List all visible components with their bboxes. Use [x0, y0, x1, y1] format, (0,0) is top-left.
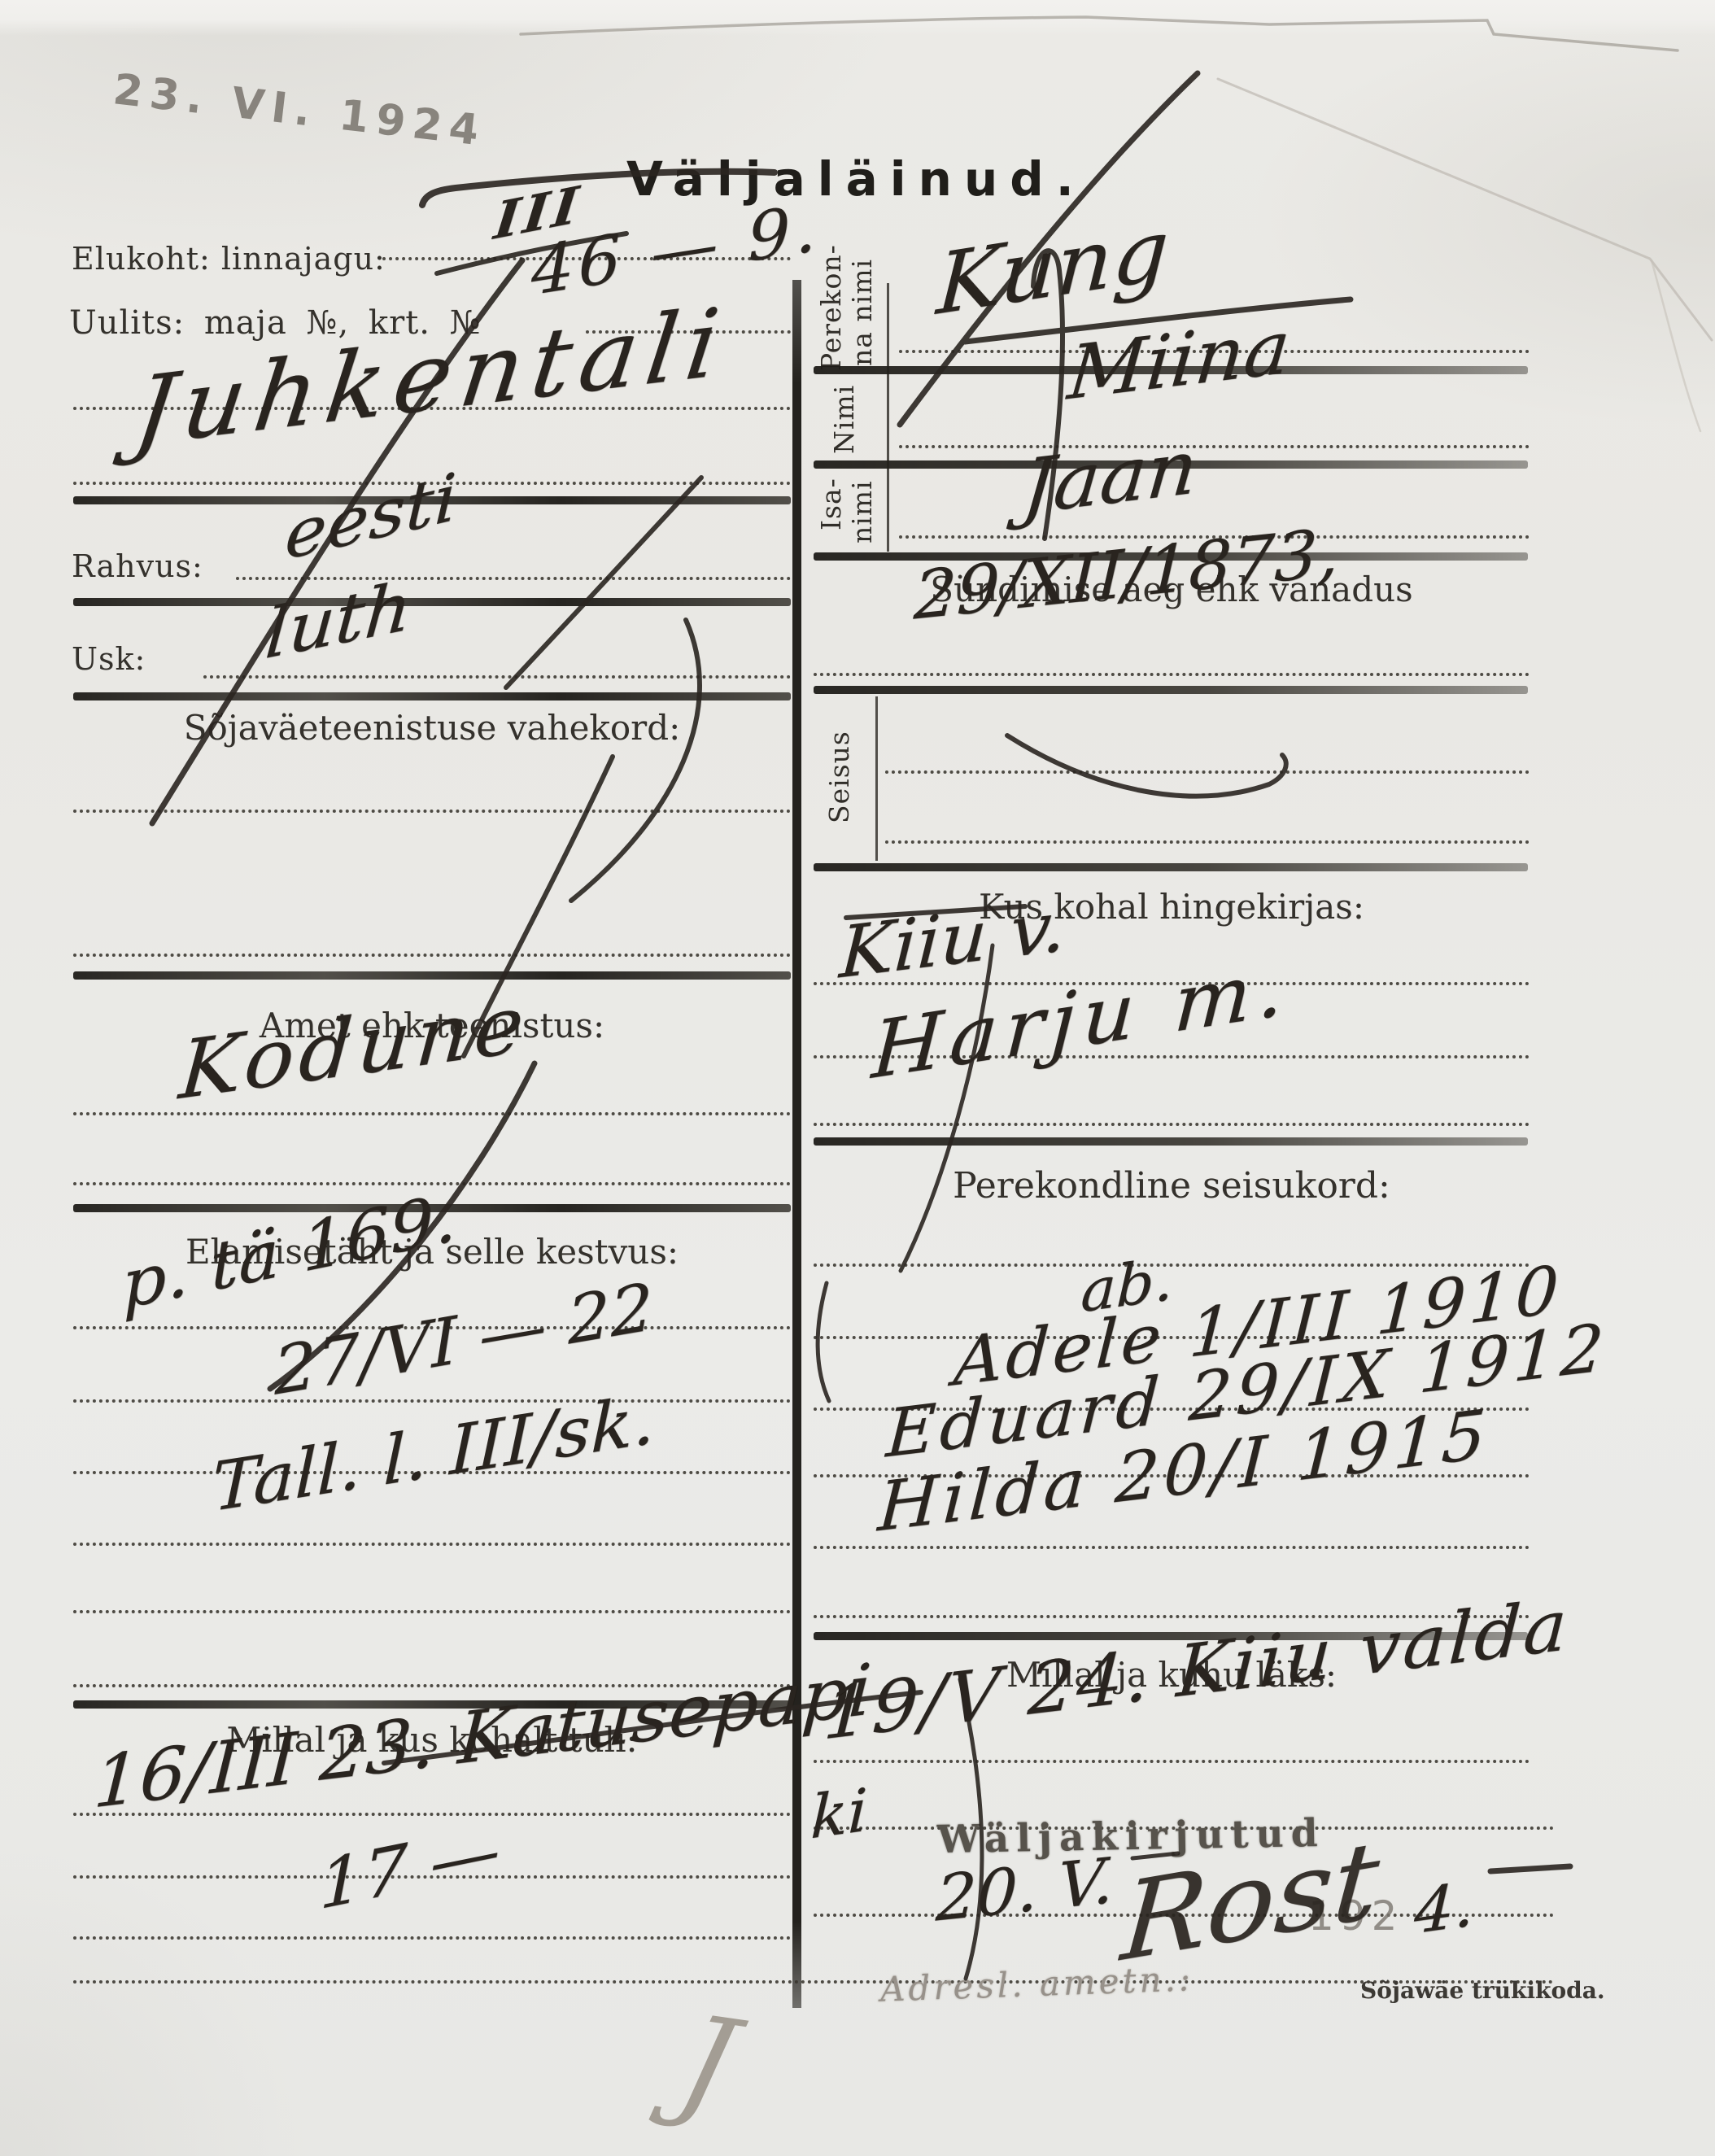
- rule-thick: [73, 971, 791, 980]
- isanimi-value-handwriting: Jaan: [1019, 423, 1201, 532]
- rahvus-label: Rahvus:: [72, 548, 203, 584]
- rule-thick: [73, 598, 791, 606]
- isanimi-label-line1: Isa-: [815, 478, 847, 530]
- usk-label: Usk:: [72, 641, 146, 677]
- rule-dotted: [73, 1936, 791, 1940]
- center-divider: [792, 280, 801, 2008]
- nimi-value-handwriting: Miina: [1064, 303, 1294, 417]
- valjakirjutatud-date-hand2: 4.: [1413, 1868, 1476, 1948]
- rule-thick: [814, 686, 1528, 694]
- page-title: Väljaläinud.: [626, 151, 1086, 207]
- rule-dotted: [899, 445, 1530, 448]
- seisus-box-separator: [875, 696, 878, 861]
- rule-dotted: [203, 675, 791, 679]
- rule-dotted: [814, 1123, 1530, 1126]
- rule-dotted: [885, 770, 1530, 774]
- laks-entry-1: 19/V 24. Kiiu valda: [822, 1583, 1572, 1756]
- perekonnanimi-value-handwriting: Kung: [934, 200, 1171, 334]
- tuli-entry-1: 16/III 23. Katusepapi: [92, 1648, 874, 1824]
- rule-dotted: [73, 1980, 1554, 1984]
- rule-dotted: [814, 1546, 1530, 1549]
- rule-dotted: [814, 673, 1530, 676]
- isanimi-label-line2: nimi: [846, 480, 878, 543]
- name-box-separator: [887, 283, 889, 552]
- rule-thick: [814, 863, 1528, 871]
- rule-dotted: [814, 1760, 1530, 1763]
- pencil-mark: J: [667, 1990, 749, 2137]
- rahvus-value-handwriting: eesti: [283, 458, 458, 575]
- laks-entry-2: ki: [809, 1775, 869, 1853]
- tuli-entry-2: 17 —: [319, 1810, 500, 1925]
- rule-dotted: [73, 1399, 791, 1403]
- rule-dotted: [236, 577, 791, 580]
- sojavae-label: Sõjaväeteenistuse vahekord:: [73, 708, 791, 748]
- rule-thick: [73, 692, 791, 700]
- seisus-label: Seisus: [823, 731, 855, 823]
- rule-thick: [814, 1137, 1528, 1146]
- rule-dotted: [73, 954, 791, 957]
- paper-top-edge: [0, 0, 1715, 36]
- rule-dotted: [73, 810, 791, 813]
- rule-dotted: [73, 1543, 791, 1546]
- elamisetaht-entry-1: p. tä 169.: [120, 1178, 457, 1325]
- amet-value-handwriting: Kodune: [177, 976, 532, 1118]
- sundimise-value-handwriting: 29/XII/1873,: [913, 514, 1341, 635]
- elukoht-label: Elukoht: linnajagu:: [72, 241, 386, 277]
- rule-dotted: [73, 1610, 791, 1613]
- nimi-label: Nimi: [828, 385, 860, 454]
- perekonnanimi-label-line2: na nimi: [846, 259, 878, 366]
- date-stamp: 23. VI. 1924: [111, 65, 488, 156]
- usk-value-handwriting: luth: [263, 566, 415, 675]
- perekondline-label: Perekondline seisukord:: [814, 1165, 1530, 1207]
- rule-dotted: [885, 840, 1530, 844]
- trukikoda-imprint: Sõjawäe trükikoda.: [1360, 1977, 1605, 2004]
- registration-card: 23. VI. 1924 Väljaläinud. Elukoht: linna…: [0, 0, 1715, 2156]
